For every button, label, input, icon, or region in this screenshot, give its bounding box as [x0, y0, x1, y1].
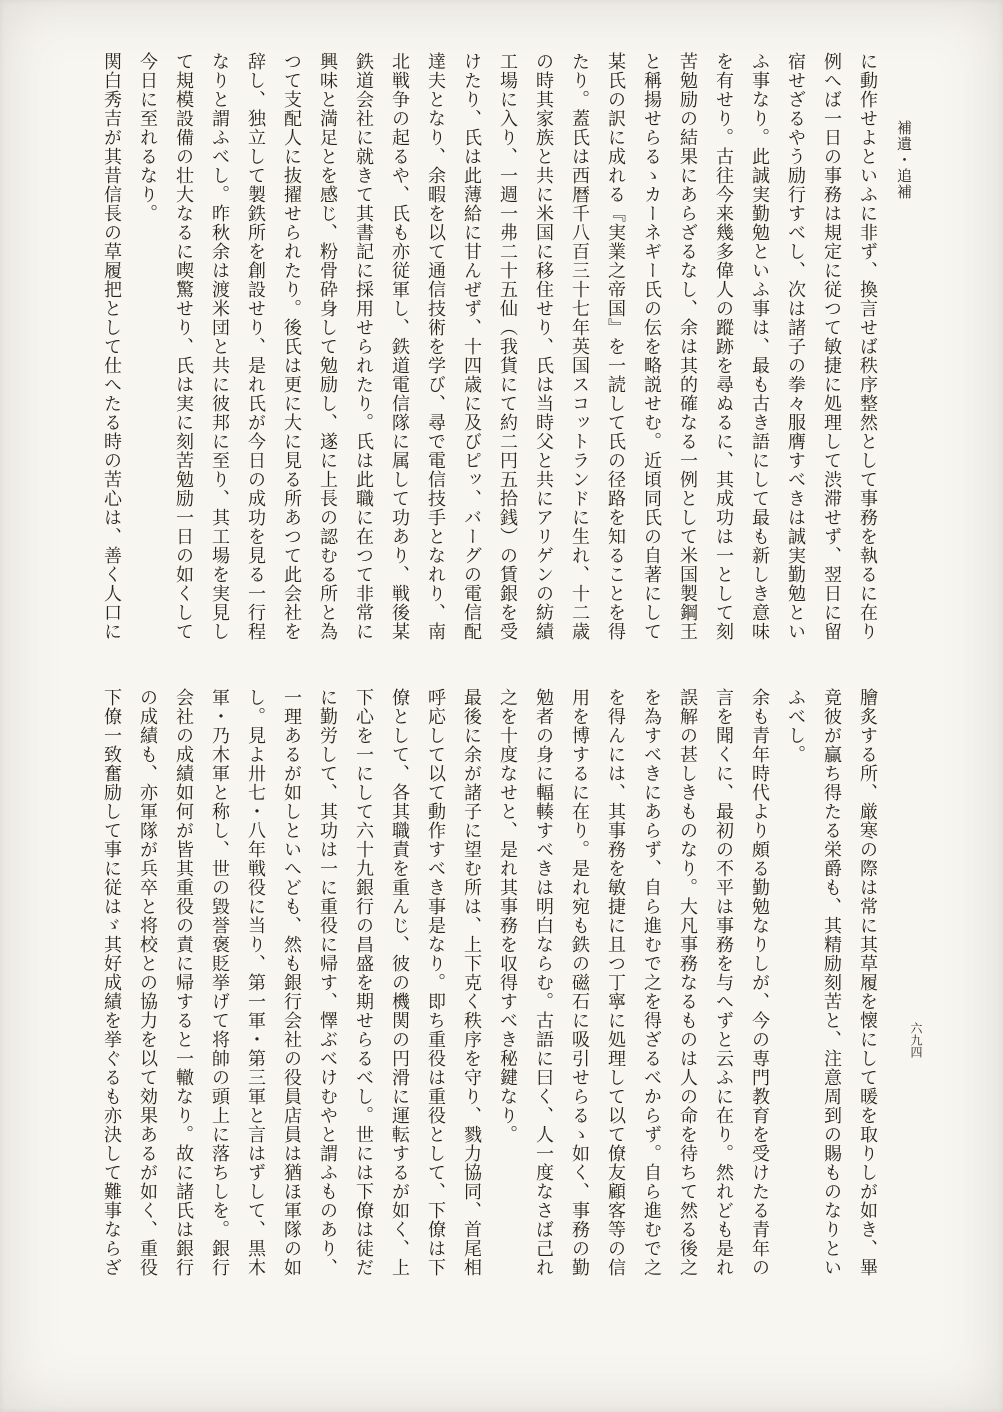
text-column: 誤解の甚しきものなり。大凡事務なるものは人の命を待ちて然る後之	[669, 688, 705, 1302]
text-column: を為すべきにあらず、自ら進むで之を得ざるべからず。自ら進むで之	[633, 688, 669, 1302]
text-column: 辞し、独立して製鉄所を創設せり、是れ氏が今日の成功を見る一行程	[237, 52, 273, 666]
text-column: 最後に余が諸子に望む所は、上下克く秩序を守り、戮力協同、首尾相	[453, 688, 489, 1302]
text-column: 余も青年時代より頗る勤勉なりしが、今の専門教育を受けたる青年の	[741, 688, 777, 1302]
text-column: 之を十度なせと、是れ其事務を収得すべき秘鍵なり。	[489, 688, 525, 1302]
text-column: 達夫となり、余暇を以て通信技術を学び、尋で電信技手となれり、南	[417, 52, 453, 666]
text-column: 例へば一日の事務は規定に従つて敏捷に処理して渋滞せず、翌日に留	[813, 52, 849, 666]
text-column: の成績も、亦軍隊が兵卒と将校との協力を以て効果あるが如く、重役	[129, 688, 165, 1302]
text-column: 下僚一致奮励して事に従はゞ其好成績を挙ぐるも亦決して難事ならざ	[93, 688, 129, 1302]
text-column: 軍・乃木軍と称し、世の毀誉褒貶挙げて将帥の頭上に落ちしを。銀行	[201, 688, 237, 1302]
text-column: ふべし。	[777, 688, 813, 1302]
text-column: 今日に至れるなり。	[129, 52, 165, 666]
text-column: けたり、氏は此薄給に甘んぜず、十四歳に及びピッ、バーグの電信配	[453, 52, 489, 666]
text-column: 北戦争の起るや、氏も亦従軍し、鉄道電信隊に属して功あり、戦後某	[381, 52, 417, 666]
text-column: 某氏の訳に成れる『実業之帝国』を一読して氏の径路を知ることを得	[597, 52, 633, 666]
text-column: 用を博するに在り。是れ宛も鉄の磁石に吸引せらるゝ如く、事務の勤	[561, 688, 597, 1302]
text-column: し。見よ卅七・八年戦役に当り、第一軍・第三軍と言はずして、黒木	[237, 688, 273, 1302]
text-column: 勉者の身に輻輳すべきは明白ならむ。古語に曰く、人一度なさば己れ	[525, 688, 561, 1302]
text-block-bottom: 膾炙する所、厳寒の際は常に其草履を懐にして暖を取りしが如き、畢 竟彼が贏ち得たる…	[93, 688, 885, 1302]
text-column: て規模設備の壮大なるに喫驚せり、氏は実に刻苦勉励一日の如くして	[165, 52, 201, 666]
text-block-top: に動作せよといふに非ず、換言せば秩序整然として事務を執るに在り 例へば一日の事務…	[93, 52, 885, 666]
text-column: 鉄道会社に就きて其書記に採用せられたり。氏は此職に在つて非常に	[345, 52, 381, 666]
text-column: に勤労して、其功は一に重役に帰す、懌ぶべけむやと謂ふものあり、	[309, 688, 345, 1302]
text-column: と稱揚せらるゝカーネギー氏の伝を略説せむ。近頃同氏の自著にして	[633, 52, 669, 666]
text-column: たり。蓋氏は西暦千八百三十七年英国スコットランドに生れ、十二歳	[561, 52, 597, 666]
text-column: 呼応して以て動作すべき事是なり。即ち重役は重役として、下僚は下	[417, 688, 453, 1302]
text-column: の時其家族と共に米国に移住せり、氏は当時父と共にアリゲンの紡績	[525, 52, 561, 666]
text-column: を有せり。古往今来幾多偉人の蹤跡を尋ぬるに、其成功は一として刻	[705, 52, 741, 666]
text-column: ふ事なり。此誠実勤勉といふ事は、最も古き語にして最も新しき意味	[741, 52, 777, 666]
text-column: 苦勉励の結果にあらざるなし、余は其的確なる一例として米国製鋼王	[669, 52, 705, 666]
text-column: つて支配人に抜擢せられたり。後氏は更に大に見る所あつて此会社を	[273, 52, 309, 666]
text-column: なりと謂ふべし。昨秋余は渡米団と共に彼邦に至り、其工場を実見し	[201, 52, 237, 666]
text-column: 僚として、各其職責を重んじ、彼の機関の円滑に運転するが如く、上	[381, 688, 417, 1302]
text-column: 竟彼が贏ち得たる栄爵も、其精励刻苦と、注意周到の賜ものなりとい	[813, 688, 849, 1302]
text-column: 工場に入り、一週一弗二十五仙（我貨にて約二円五拾銭）の賃銀を受	[489, 52, 525, 666]
text-column: 言を聞くに、最初の不平は事務を与へずと云ふに在り。然れども是れ	[705, 688, 741, 1302]
running-head: 補遺・追補	[894, 120, 915, 200]
text-column: に動作せよといふに非ず、換言せば秩序整然として事務を執るに在り	[849, 52, 885, 666]
text-column: 下心を一にして六十九銀行の昌盛を期せらるべし。世には下僚は徒だ	[345, 688, 381, 1302]
text-column: 一理あるが如しといへども、然も銀行会社の役員店員は猶ほ軍隊の如	[273, 688, 309, 1302]
text-column: を得んには、其事務を敏捷に且つ丁寧に処理して以て僚友顧客等の信	[597, 688, 633, 1302]
scanned-book-page: 補遺・追補 六九四 に動作せよといふに非ず、換言せば秩序整然として事務を執るに在…	[0, 0, 1003, 1412]
page-number: 六九四	[908, 1022, 925, 1058]
text-column: 膾炙する所、厳寒の際は常に其草履を懐にして暖を取りしが如き、畢	[849, 688, 885, 1302]
text-column: 興味と満足とを感じ、粉骨砕身して勉励し、遂に上長の認むる所と為	[309, 52, 345, 666]
text-column: 関白秀吉が其昔信長の草履把として仕へたる時の苦心は、善く人口に	[93, 52, 129, 666]
text-column: 会社の成績如何が皆其重役の責に帰すると一轍なり。故に諸氏は銀行	[165, 688, 201, 1302]
text-column: 宿せざるやう励行すべし、次は諸子の拳々服膺すべきは誠実勤勉とい	[777, 52, 813, 666]
